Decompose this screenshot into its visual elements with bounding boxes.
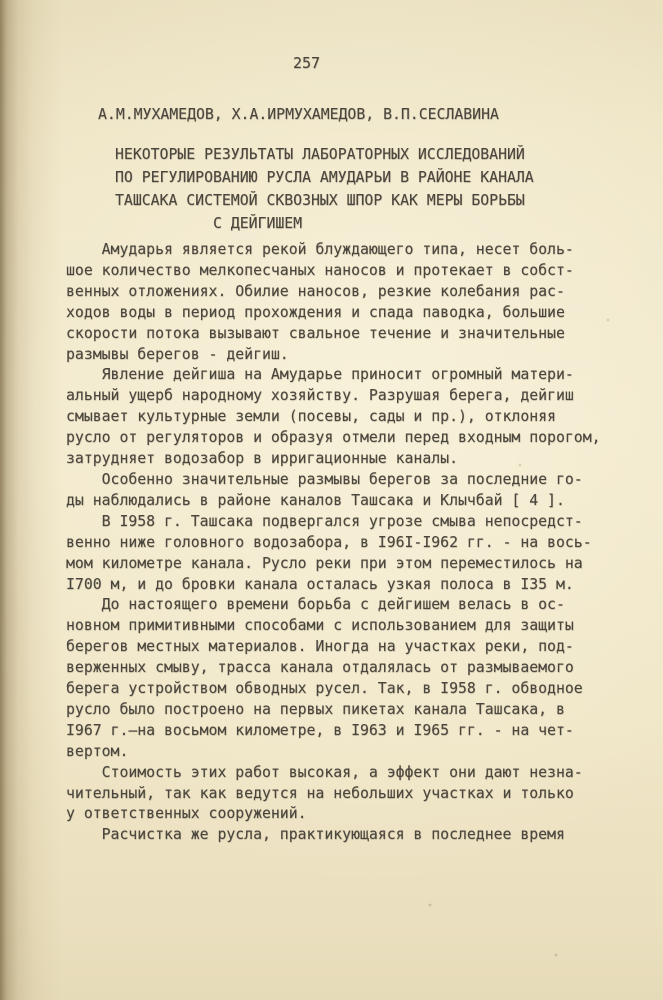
paragraph-4: В I958 г. Ташсака подвергался угрозе смы… (66, 512, 606, 596)
paragraph-3: Особенно значительные размывы берегов за… (66, 470, 606, 512)
authors-line: А.М.МУХАМЕДОВ, Х.А.ИРМУХАМЕДОВ, В.П.СЕСЛ… (98, 104, 499, 126)
article-title: НЕКОТОРЫЕ РЕЗУЛЬТАТЫ ЛАБОРАТОРНЫХ ИССЛЕД… (115, 143, 534, 235)
paragraph-7: Расчистка же русла, практикующаяся в пос… (66, 825, 606, 846)
article-body: Амударья является рекой блуждающего типа… (66, 240, 606, 846)
paragraph-2: Явление дейгиша на Амударье приносит огр… (66, 365, 606, 470)
scanned-document-page: 257 А.М.МУХАМЕДОВ, Х.А.ИРМУХАМЕДОВ, В.П.… (0, 0, 663, 1000)
page-number: 257 (293, 54, 320, 72)
paragraph-1: Амударья является рекой блуждающего типа… (66, 240, 606, 365)
paragraph-6: Стоимость этих работ высокая, а эффект о… (66, 763, 606, 826)
paragraph-5: До настоящего времени борьба с дейгишем … (66, 595, 606, 762)
